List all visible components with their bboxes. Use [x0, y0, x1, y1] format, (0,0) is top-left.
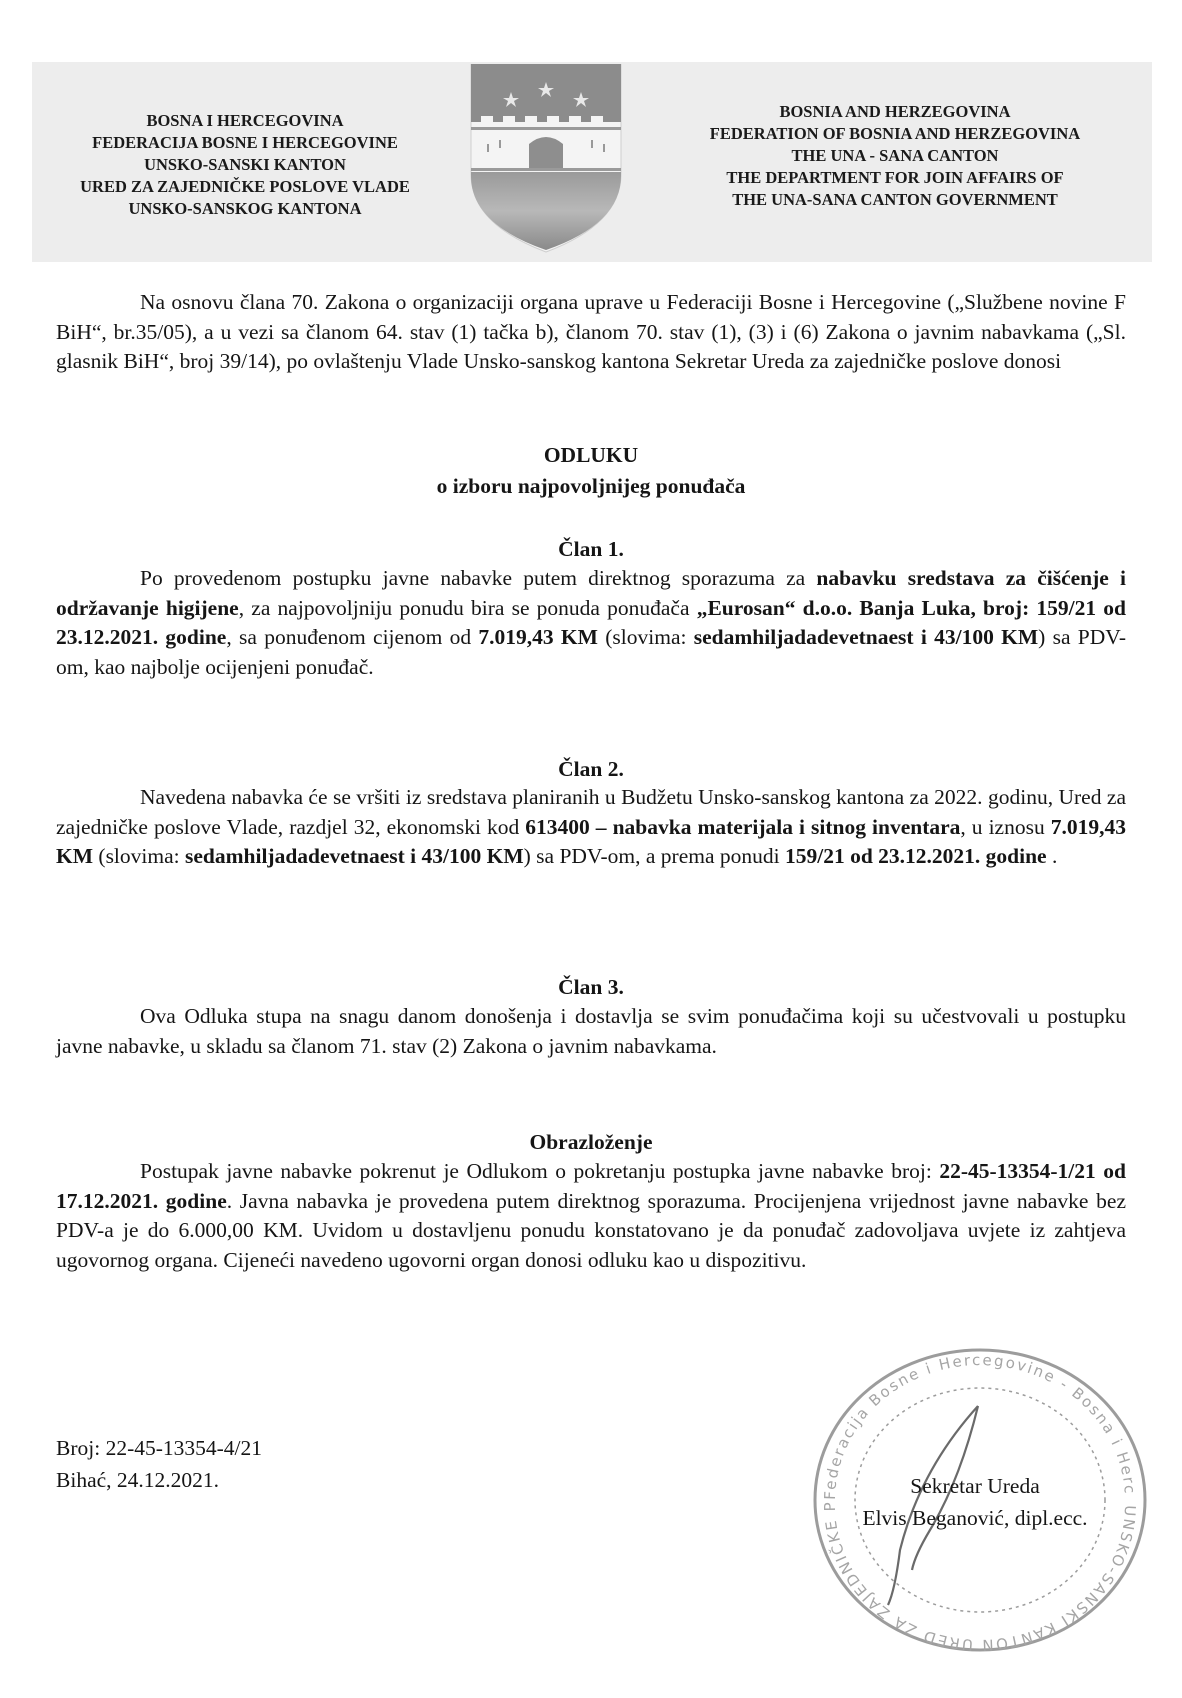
body-text: Ova Odluka stupa na snagu danom donošenj…: [56, 1004, 1126, 1058]
justification-body: Postupak javne nabavke pokrenut je Odluk…: [56, 1157, 1126, 1275]
letterhead-left-line: UNSKO-SANSKOG KANTONA: [50, 198, 440, 220]
letterhead-left-line: FEDERACIJA BOSNE I HERCEGOVINE: [50, 132, 440, 154]
article-3-heading: Član 3.: [0, 973, 1182, 1002]
body-text: .: [1047, 844, 1058, 868]
document-number: Broj: 22-45-13354-4/21: [56, 1432, 262, 1464]
body-text: ) sa PDV-om, a prema ponudi: [524, 844, 785, 868]
signatory-name: Elvis Beganović, dipl.ecc.: [810, 1502, 1140, 1534]
body-text: (slovima:: [93, 844, 185, 868]
body-text: , u iznosu: [960, 815, 1050, 839]
place-and-date: Bihać, 24.12.2021.: [56, 1464, 262, 1496]
preamble: Na osnovu člana 70. Zakona o organizacij…: [56, 288, 1126, 377]
letterhead-left-line: URED ZA ZAJEDNIČKE POSLOVE VLADE: [50, 176, 440, 198]
document-reference: Broj: 22-45-13354-4/21 Bihać, 24.12.2021…: [56, 1432, 262, 1496]
letterhead-right-line: THE DEPARTMENT FOR JOIN AFFAIRS OF: [660, 167, 1130, 189]
preamble-text: Na osnovu člana 70. Zakona o organizacij…: [56, 290, 1126, 373]
article-1-body: Po provedenom postupku javne nabavke put…: [56, 564, 1126, 682]
article-1-heading: Član 1.: [0, 535, 1182, 564]
body-text: , za najpovoljniju ponudu bira se ponuda…: [239, 596, 697, 620]
letterhead-left-line: UNSKO-SANSKI KANTON: [50, 154, 440, 176]
letterhead-left: BOSNA I HERCEGOVINA FEDERACIJA BOSNE I H…: [50, 110, 440, 220]
body-text: , sa ponuđenom cijenom od: [226, 625, 478, 649]
letterhead-right-line: FEDERATION OF BOSNIA AND HERZEGOVINA: [660, 123, 1130, 145]
document-title: ODLUKU: [0, 441, 1182, 470]
body-text: Postupak javne nabavke pokrenut je Odluk…: [140, 1159, 939, 1183]
letterhead-right-line: THE UNA-SANA CANTON GOVERNMENT: [660, 189, 1130, 211]
emphasized-text: 613400 – nabavka materijala i sitnog inv…: [525, 815, 960, 839]
coat-of-arms-icon: [467, 64, 625, 254]
signatory-role: Sekretar Ureda: [810, 1470, 1140, 1502]
emphasized-text: sedamhiljadadevetnaest i 43/100 KM: [185, 844, 524, 868]
letterhead-right: BOSNIA AND HERZEGOVINA FEDERATION OF BOS…: [660, 101, 1130, 211]
article-2-body: Navedena nabavka će se vršiti iz sredsta…: [56, 783, 1126, 872]
body-text: (slovima:: [598, 625, 694, 649]
article-2-heading: Član 2.: [0, 755, 1182, 784]
signatory-block: Sekretar Ureda Elvis Beganović, dipl.ecc…: [810, 1470, 1140, 1534]
justification-heading: Obrazloženje: [0, 1128, 1182, 1157]
letterhead-right-line: BOSNIA AND HERZEGOVINA: [660, 101, 1130, 123]
emphasized-text: 7.019,43 KM: [478, 625, 598, 649]
document-subtitle: o izboru najpovoljnijeg ponuđača: [0, 472, 1182, 501]
article-3-body: Ova Odluka stupa na snagu danom donošenj…: [56, 1002, 1126, 1061]
letterhead-left-line: BOSNA I HERCEGOVINA: [50, 110, 440, 132]
emphasized-text: 159/21 od 23.12.2021. godine: [785, 844, 1047, 868]
letterhead-right-line: THE UNA - SANA CANTON: [660, 145, 1130, 167]
emphasized-text: sedamhiljadadevetnaest i 43/100 KM: [694, 625, 1038, 649]
body-text: Po provedenom postupku javne nabavke put…: [140, 566, 816, 590]
